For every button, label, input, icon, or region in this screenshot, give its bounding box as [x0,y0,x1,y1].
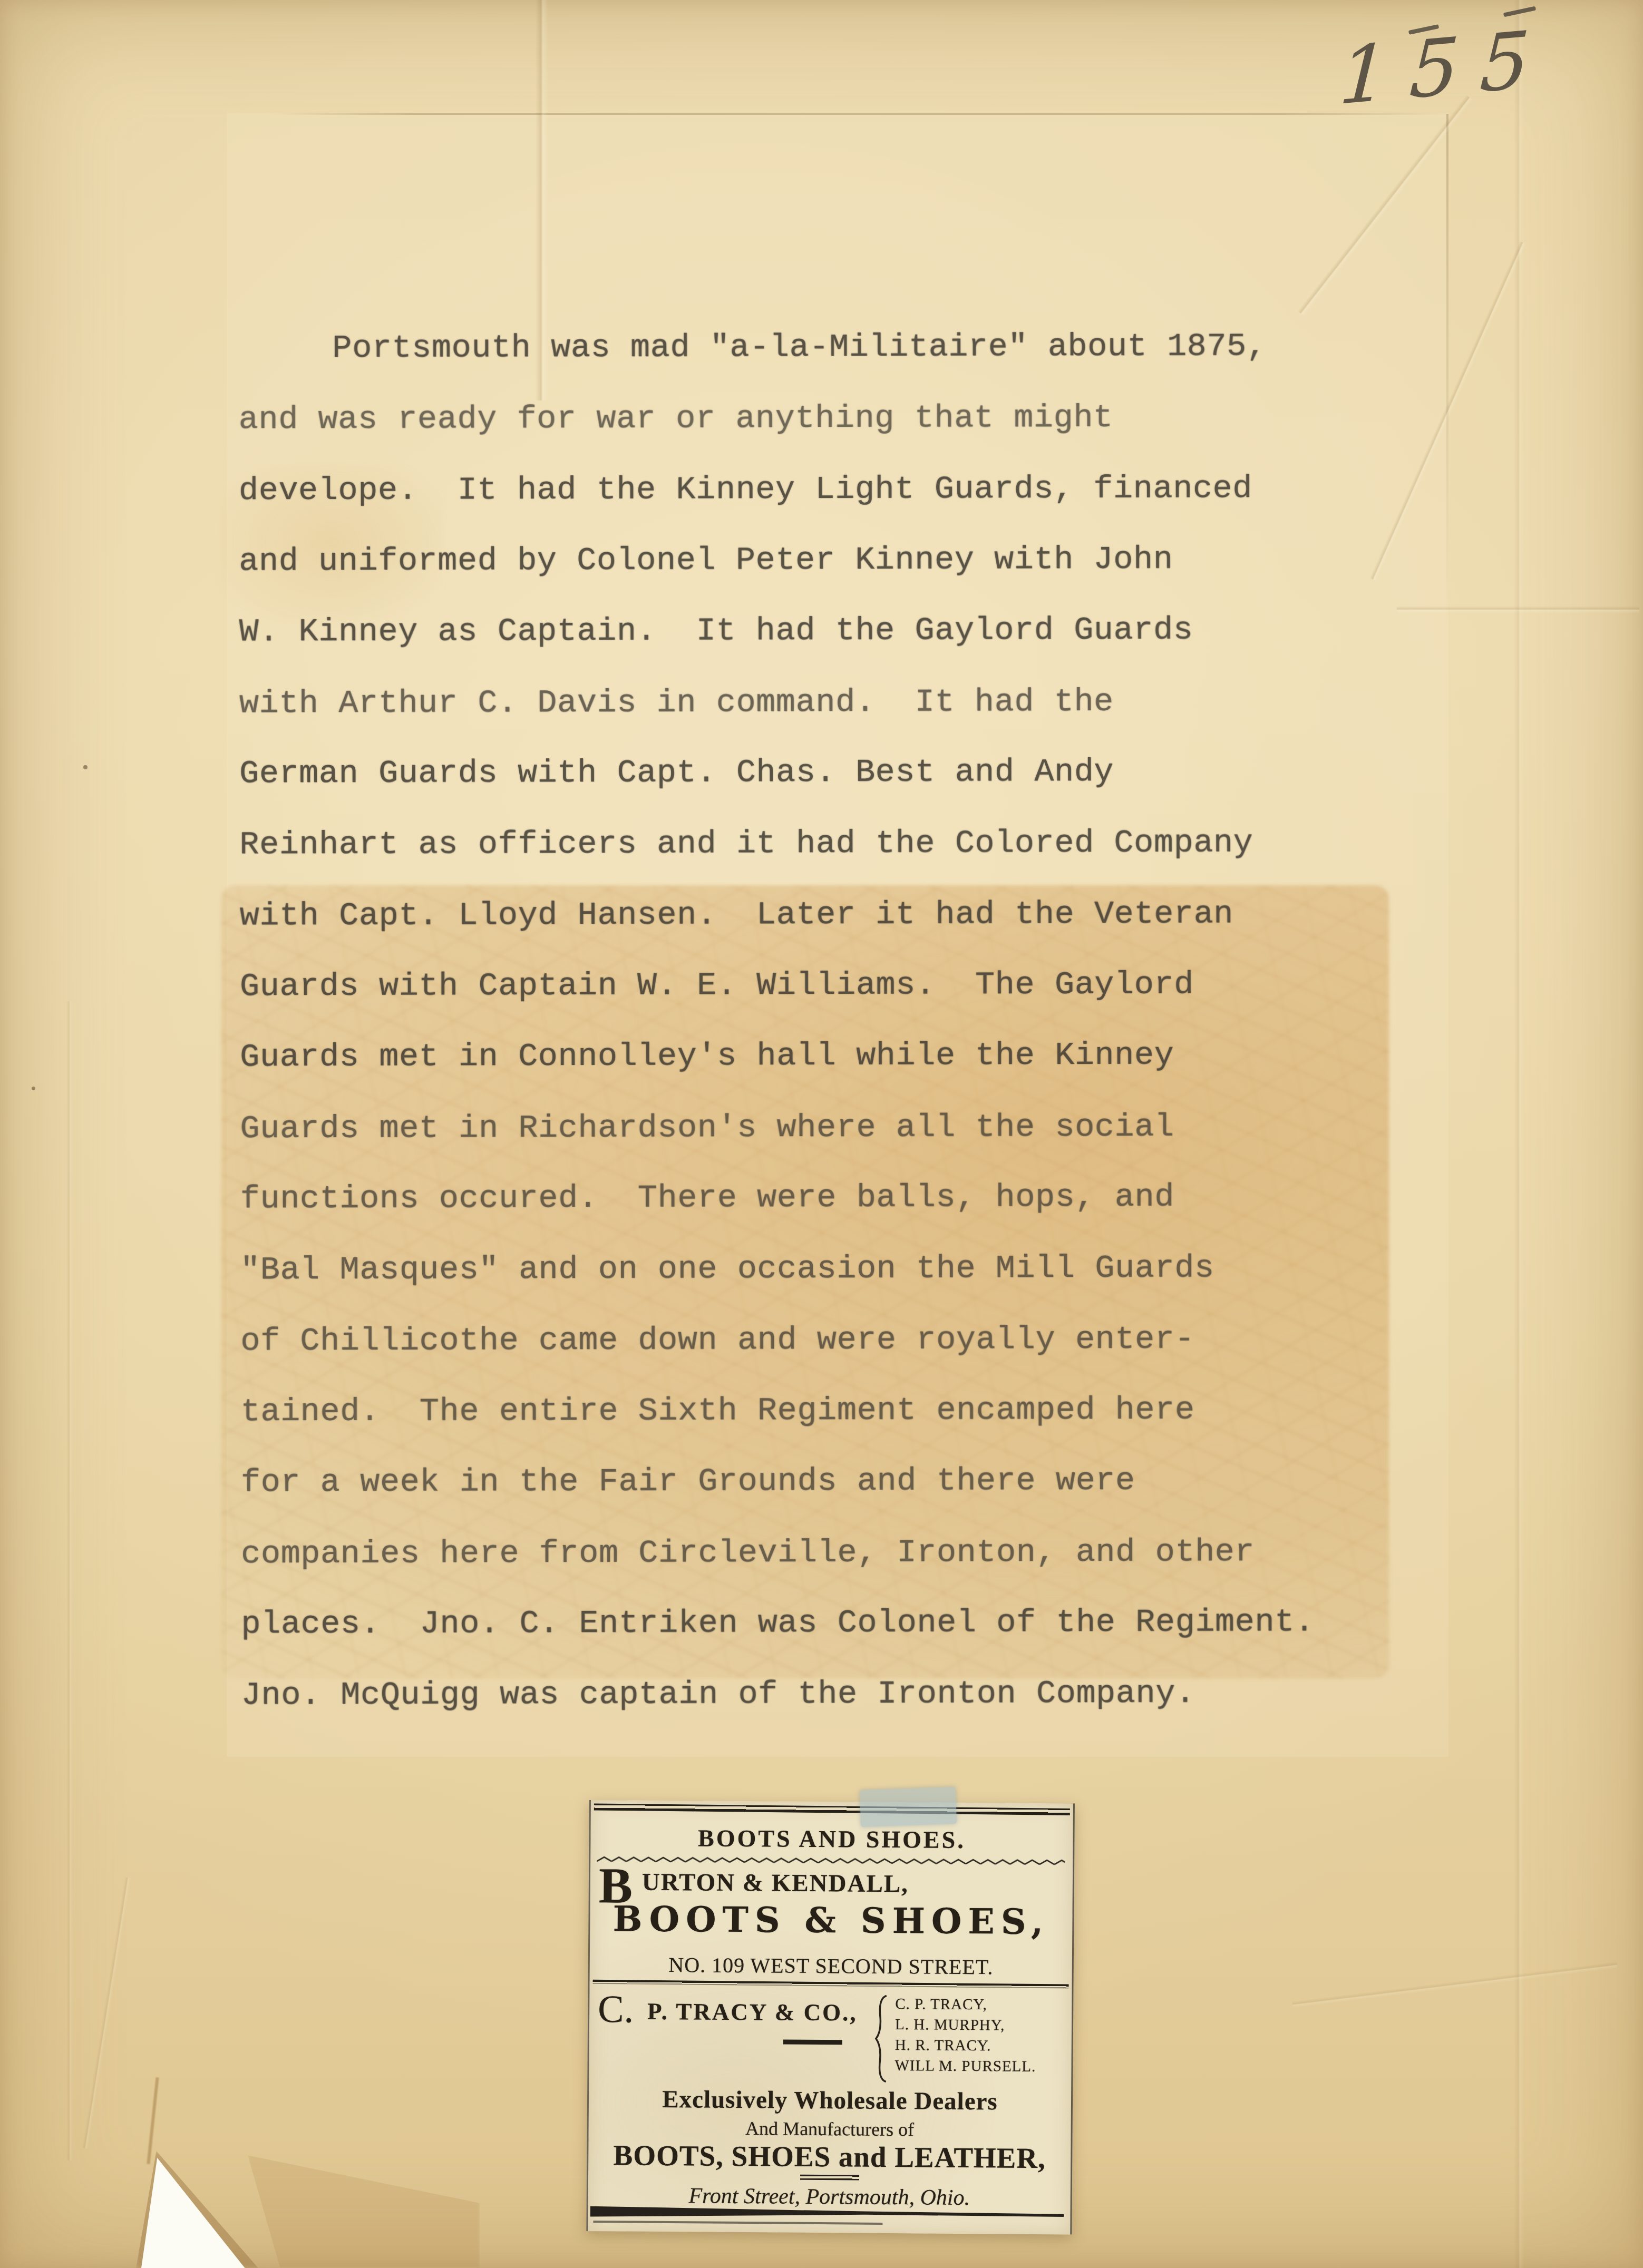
document-page: 155 Portsmouth was mad "a-la-Militaire" … [0,0,1643,2268]
brace [873,1994,888,2084]
wavy-rule [597,1855,1065,1866]
firm2-product: BOOTS, SHOES and LEATHER, [588,2138,1071,2175]
sheet-top-edge [274,113,1448,115]
tear-flap-shading [248,2124,480,2268]
typed-line: Reinhart as officers and it had the Colo… [239,807,1425,880]
typed-text-block: Portsmouth was mad "a-la-Militaire" abou… [238,311,1427,1731]
typed-line: for a week in the Fair Grounds and there… [241,1445,1427,1518]
typed-line: with Capt. Lloyd Hansen. Later it had th… [239,878,1425,952]
firm2-dealers-line: Exclusively Wholesale Dealers [589,2085,1071,2116]
crease-line [1292,1961,1618,2008]
partner-name: C. P. TRACY, [895,1994,1036,2016]
crease-line [1514,0,1524,2268]
ad-bottom-echo-rule [593,2221,882,2225]
handwritten-page-number: 155 [1337,13,1553,123]
firm2-name: P. TRACY & CO., [647,1998,858,2027]
typed-line: tained. The entire Sixth Regiment encamp… [240,1374,1426,1447]
short-dash-rule [783,2040,842,2045]
tear-crease [147,2077,159,2164]
crease-line [66,1001,73,2161]
typed-line: W. Kinney as Captain. It had the Gaylord… [239,594,1425,668]
firm1-product: BOOTS & SHOES, [590,1898,1073,1942]
partner-list: C. P. TRACY, L. H. MURPHY, H. R. TRACY. … [895,1994,1036,2077]
firm2-address: Front Street, Portsmouth, Ohio. [588,2183,1071,2211]
typed-line: and was ready for war or anything that m… [238,382,1424,455]
typed-line: Jno. McQuigg was captain of the Ironton … [241,1657,1427,1731]
tape-mark [860,1787,957,1827]
ad-section-header: BOOTS AND SHOES. [590,1823,1073,1854]
partner-name: H. R. TRACY. [895,2035,1036,2057]
firm2-manufacturers-line: And Manufacturers of [589,2116,1071,2142]
typed-line: companies here from Circleville, Ironton… [241,1516,1427,1589]
typed-line: Guards with Captain W. E. Williams. The … [240,949,1426,1022]
firm1-address: NO. 109 WEST SECOND STREET. [590,1952,1072,1980]
partner-name: WILL M. PURSELL. [895,2056,1036,2077]
typed-line: functions occured. There were balls, hop… [240,1161,1426,1235]
dropcap-c: C. [598,1990,634,2029]
crease-line [82,1877,131,2148]
scan-canvas: { "page": { "handwritten_number": "155",… [0,0,1643,2268]
typed-line: places. Jno. C. Entriken was Colonel of … [241,1587,1427,1660]
typed-line: German Guards with Capt. Chas. Best and … [239,736,1425,809]
typed-line: Guards met in Connolley's hall while the… [240,1020,1426,1093]
firm1-name: URTON & KENDALL, [642,1868,909,1899]
ad-divider-rule [593,1980,1069,1989]
typed-line: and uniformed by Colonel Peter Kinney wi… [239,523,1425,597]
newspaper-ad-clipping: BOOTS AND SHOES. B URTON & KENDALL, BOOT… [586,1800,1075,2234]
typed-line: "Bal Masques" and on one occasion the Mi… [240,1232,1426,1305]
short-double-rule [800,2175,859,2181]
ink-speck [32,1087,35,1090]
typed-line: Guards met in Richardson's where all the… [240,1091,1426,1164]
sheet-right-edge [1446,114,1448,630]
ink-speck [83,765,88,769]
typed-line: Portsmouth was mad "a-la-Militaire" abou… [238,311,1424,384]
ad-top-double-rule [594,1803,1070,1815]
typed-line: develope. It had the Kinney Light Guards… [239,453,1425,526]
partner-name: L. H. MURPHY, [895,2015,1036,2036]
typed-line: of Chillicothe came down and were royall… [240,1304,1426,1377]
typed-line: with Arthur C. Davis in command. It had … [239,666,1425,739]
